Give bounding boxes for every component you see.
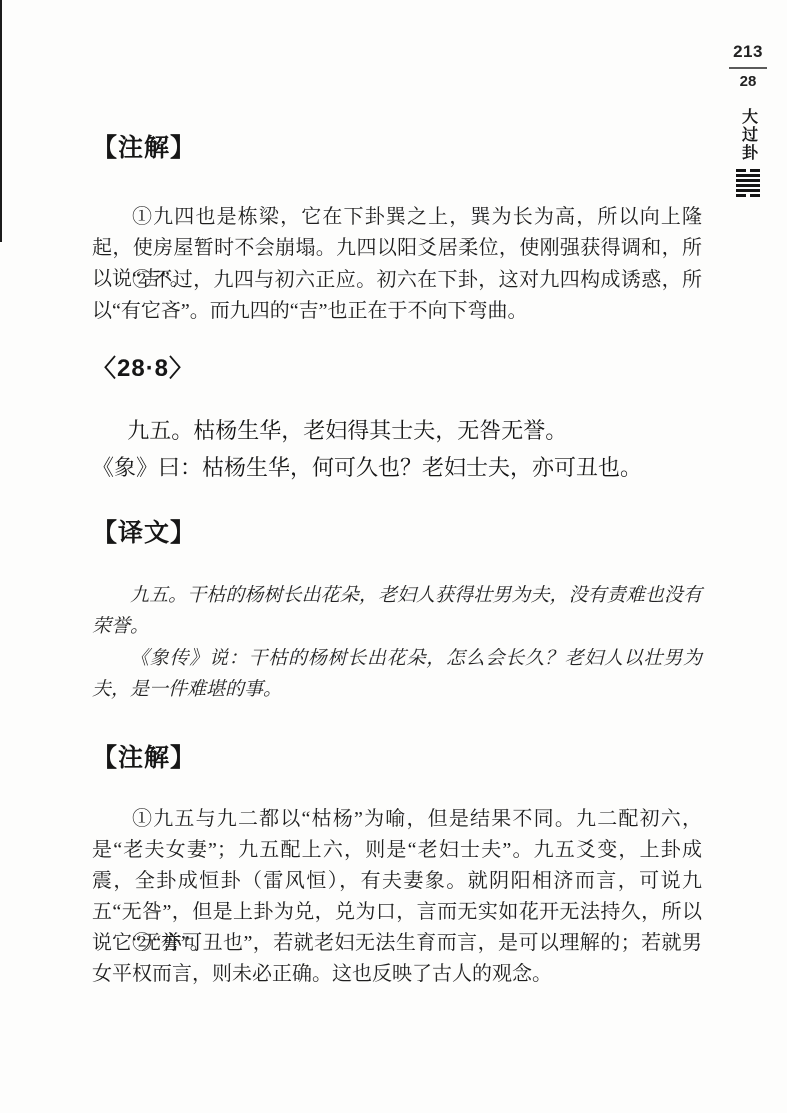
hexagram-line-broken bbox=[736, 194, 760, 197]
note1-para2: ②不过，九四与初六正应。初六在下卦，这对九四构成诱惑，所以“有它吝”。而九四的“… bbox=[92, 265, 702, 327]
scan-edge-artifact bbox=[0, 0, 2, 242]
hexagram-line-solid bbox=[736, 189, 760, 192]
translation-para2: 《象传》说：干枯的杨树长出花朵，怎么会长久？老妇人以壮男为夫，是一件难堪的事。 bbox=[92, 643, 702, 705]
note2-heading: 【注解】 bbox=[92, 738, 702, 774]
hexagram-line-broken bbox=[736, 169, 760, 172]
page-number-rule bbox=[729, 67, 767, 69]
page-number: 213 bbox=[720, 42, 776, 62]
running-head: 213 28 大过卦 bbox=[720, 42, 776, 197]
chapter-title-vertical: 大过卦 bbox=[737, 104, 760, 166]
section-number: 〈28·8〉 bbox=[92, 348, 702, 383]
chapter-number: 28 bbox=[720, 73, 776, 90]
hexagram-line-solid bbox=[736, 179, 760, 182]
hexagram-line-solid bbox=[736, 174, 760, 177]
hexagram-line-solid bbox=[736, 184, 760, 187]
book-page: 213 28 大过卦 【注解】 ①九四也是栋梁，它在下卦巽之上，巽为长为高，所以… bbox=[0, 0, 787, 1113]
classic-quote: 九五。枯杨生华，老妇得其士夫，无咎无誉。 《象》曰：枯杨生华，何可久也？老妇士夫… bbox=[92, 412, 702, 486]
note1-heading: 【注解】 bbox=[92, 128, 702, 164]
classic-line-xiang: 《象》曰：枯杨生华，何可久也？老妇士夫，亦可丑也。 bbox=[92, 449, 702, 486]
translation-heading: 【译文】 bbox=[92, 513, 702, 549]
classic-line-yao: 九五。枯杨生华，老妇得其士夫，无咎无誉。 bbox=[92, 412, 702, 449]
translation-para1: 九五。干枯的杨树长出花朵，老妇人获得壮男为夫，没有责难也没有荣誉。 bbox=[92, 580, 702, 642]
hexagram-28-daguo-icon bbox=[736, 169, 760, 197]
note2-para2: ②“亦可丑也”，若就老妇无法生育而言，是可以理解的；若就男女平权而言，则未必正确… bbox=[92, 928, 702, 990]
